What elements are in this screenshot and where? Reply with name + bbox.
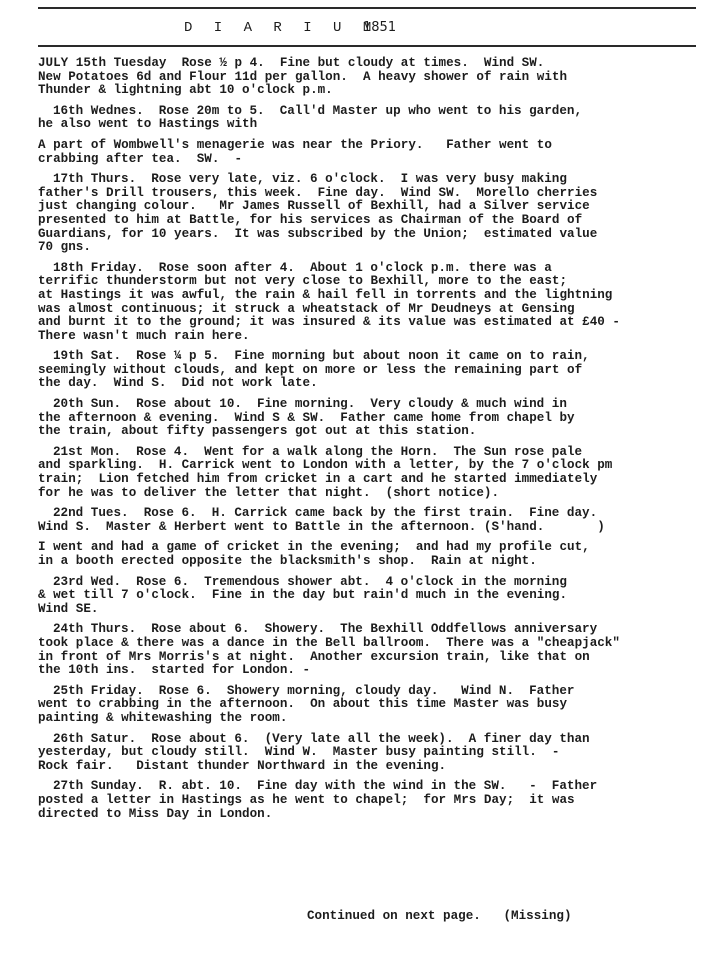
diary-entry-jul-15: JULY 15th Tuesday Rose ½ p 4. Fine but c… [38, 57, 708, 98]
diary-entry-jul-16: 16th Wednes. Rose 20m to 5. Call'd Maste… [38, 105, 708, 132]
diary-entry-jul-25: 25th Friday. Rose 6. Showery morning, cl… [38, 685, 708, 726]
entry-line: presented to him at Battle, for his serv… [38, 214, 708, 228]
entry-line: seemingly without clouds, and kept on mo… [38, 364, 708, 378]
entry-line: at Hastings it was awful, the rain & hai… [38, 289, 708, 303]
entry-line: I went and had a game of cricket in the … [38, 541, 708, 555]
entry-line: 24th Thurs. Rose about 6. Showery. The B… [38, 623, 708, 637]
entry-line: the afternoon & evening. Wind S & SW. Fa… [38, 412, 708, 426]
entry-line: posted a letter in Hastings as he went t… [38, 794, 708, 808]
header-rule-top [38, 7, 696, 9]
entry-line: just changing colour. Mr James Russell o… [38, 200, 708, 214]
entry-line: in a booth erected opposite the blacksmi… [38, 555, 708, 569]
entry-line: Wind SE. [38, 603, 708, 617]
diary-entry-jul-21: 21st Mon. Rose 4. Went for a walk along … [38, 446, 708, 500]
entry-line: train; Lion fetched him from cricket in … [38, 473, 708, 487]
entry-line: took place & there was a dance in the Be… [38, 637, 708, 651]
entry-line: terrific thunderstorm but not very close… [38, 275, 708, 289]
entry-line: and burnt it to the ground; it was insur… [38, 316, 708, 330]
entry-line: father's Drill trousers, this week. Fine… [38, 187, 708, 201]
entry-line: 19th Sat. Rose ¼ p 5. Fine morning but a… [38, 350, 708, 364]
entry-line: painting & whitewashing the room. [38, 712, 708, 726]
entry-line: 22nd Tues. Rose 6. H. Carrick came back … [38, 507, 708, 521]
diary-entry-jul-22: 22nd Tues. Rose 6. H. Carrick came back … [38, 507, 708, 534]
entry-line: crabbing after tea. SW. - [38, 153, 708, 167]
entry-line: the day. Wind S. Did not work late. [38, 377, 708, 391]
page-title: D I A R I U M [184, 20, 378, 36]
diary-entry-jul-18: 18th Friday. Rose soon after 4. About 1 … [38, 262, 708, 344]
diary-entry-jul-23: 23rd Wed. Rose 6. Tremendous shower abt.… [38, 576, 708, 617]
entry-line: 16th Wednes. Rose 20m to 5. Call'd Maste… [38, 105, 708, 119]
diary-entry-jul-17: 17th Thurs. Rose very late, viz. 6 o'clo… [38, 173, 708, 255]
entry-line: 26th Satur. Rose about 6. (Very late all… [38, 733, 708, 747]
entry-line: 17th Thurs. Rose very late, viz. 6 o'clo… [38, 173, 708, 187]
diary-entry-jul-22-cont: I went and had a game of cricket in the … [38, 541, 708, 568]
entry-line: New Potatoes 6d and Flour 11d per gallon… [38, 71, 708, 85]
entry-line: the 10th ins. started for London. - [38, 664, 708, 678]
entry-line: the train, about fifty passengers got ou… [38, 425, 708, 439]
entry-line: and sparkling. H. Carrick went to London… [38, 459, 708, 473]
entry-line: 27th Sunday. R. abt. 10. Fine day with t… [38, 780, 708, 794]
continuation-note: Continued on next page. (Missing) [307, 909, 572, 923]
entry-line: 18th Friday. Rose soon after 4. About 1 … [38, 262, 708, 276]
entry-line: in front of Mrs Morris's at night. Anoth… [38, 651, 708, 665]
diary-page: D I A R I U M 1851 JULY 15th Tuesday Ros… [0, 0, 721, 961]
diary-entry-jul-16-cont: A part of Wombwell's menagerie was near … [38, 139, 708, 166]
diary-entry-jul-27: 27th Sunday. R. abt. 10. Fine day with t… [38, 780, 708, 821]
entry-line: went to crabbing in the afternoon. On ab… [38, 698, 708, 712]
entry-line: he also went to Hastings with [38, 118, 708, 132]
diary-entry-jul-19: 19th Sat. Rose ¼ p 5. Fine morning but a… [38, 350, 708, 391]
entry-line: 70 gns. [38, 241, 708, 255]
page-header: D I A R I U M 1851 [0, 20, 721, 42]
entry-line: was almost continuous; it struck a wheat… [38, 303, 708, 317]
diary-entry-jul-20: 20th Sun. Rose about 10. Fine morning. V… [38, 398, 708, 439]
entry-line: yesterday, but cloudy still. Wind W. Mas… [38, 746, 708, 760]
entry-line: Thunder & lightning abt 10 o'clock p.m. [38, 84, 708, 98]
diary-entries: JULY 15th Tuesday Rose ½ p 4. Fine but c… [38, 57, 708, 828]
entry-line: 23rd Wed. Rose 6. Tremendous shower abt.… [38, 576, 708, 590]
diary-entry-jul-24: 24th Thurs. Rose about 6. Showery. The B… [38, 623, 708, 677]
header-rule-bottom [38, 45, 696, 47]
entry-line: directed to Miss Day in London. [38, 808, 708, 822]
entry-line: 25th Friday. Rose 6. Showery morning, cl… [38, 685, 708, 699]
page-year: 1851 [363, 20, 396, 35]
entry-line: 21st Mon. Rose 4. Went for a walk along … [38, 446, 708, 460]
entry-line: Rock fair. Distant thunder Northward in … [38, 760, 708, 774]
entry-line: There wasn't much rain here. [38, 330, 708, 344]
entry-line: JULY 15th Tuesday Rose ½ p 4. Fine but c… [38, 57, 708, 71]
entry-line: Guardians, for 10 years. It was subscrib… [38, 228, 708, 242]
entry-line: for he was to deliver the letter that ni… [38, 487, 708, 501]
diary-entry-jul-26: 26th Satur. Rose about 6. (Very late all… [38, 733, 708, 774]
entry-line: 20th Sun. Rose about 10. Fine morning. V… [38, 398, 708, 412]
entry-line: Wind S. Master & Herbert went to Battle … [38, 521, 708, 535]
entry-line: & wet till 7 o'clock. Fine in the day bu… [38, 589, 708, 603]
entry-line: A part of Wombwell's menagerie was near … [38, 139, 708, 153]
